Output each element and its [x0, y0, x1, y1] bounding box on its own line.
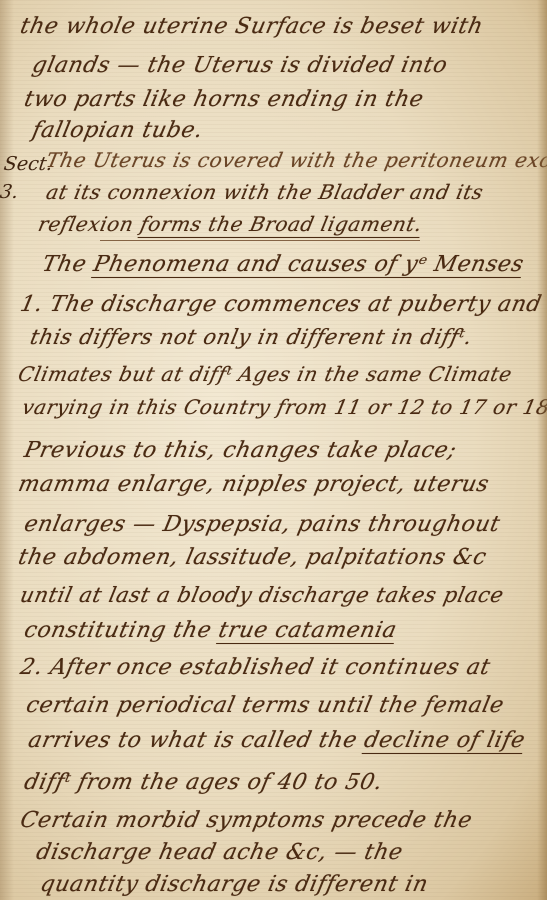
manuscript-line-20: certain periodical terms until the femal…: [24, 693, 506, 718]
line-21-text: arrives to what is called the: [26, 728, 367, 753]
manuscript-line-10: this differs not only in different in di…: [28, 325, 475, 349]
manuscript-line-14: mamma enlarge, nipples project, uterus: [16, 472, 491, 497]
line-7-underlined: forms the Broad ligament.: [138, 212, 425, 236]
manuscript-line-18: constituting the true catamenia: [22, 618, 399, 643]
line-7-text: reflexion: [36, 212, 143, 236]
manuscript-line-24: discharge head ache &c, — the: [34, 840, 405, 865]
manuscript-line-3: two parts like horns ending in the: [22, 87, 426, 112]
manuscript-line-16: the abdomen, lassitude, palpitations &c: [16, 545, 489, 570]
manuscript-line-25: quantity discharge is different in: [38, 872, 431, 897]
manuscript-line-22: diffᵗ from the ages of 40 to 50.: [22, 770, 385, 795]
line-21-underlined: decline of life: [362, 728, 528, 753]
manuscript-page: Sect. 3. the whole uterine Surface is be…: [0, 0, 547, 900]
manuscript-line-7: reflexion forms the Broad ligament.: [36, 212, 425, 236]
underline-rule: [100, 240, 420, 241]
manuscript-line-2: glands — the Uterus is divided into: [30, 53, 450, 78]
manuscript-line-12: varying in this Country from 11 or 12 to…: [20, 395, 547, 419]
heading-underlined: Phenomena and causes of yᵉ Menses: [91, 252, 526, 277]
manuscript-line-23: Certain morbid symptoms precede the: [18, 808, 475, 833]
manuscript-line-13: Previous to this, changes take place;: [22, 438, 459, 463]
line-18-text: constituting the: [22, 618, 222, 643]
manuscript-line-21: arrives to what is called the decline of…: [26, 728, 528, 753]
margin-note-number: 3.: [0, 178, 51, 206]
manuscript-line-11: Climates but at diffᵗ Ages in the same C…: [16, 362, 515, 386]
manuscript-line-6: at its connexion with the Bladder and it…: [44, 180, 486, 204]
manuscript-line-17: until at last a bloody discharge takes p…: [18, 583, 506, 607]
manuscript-line-5: The Uterus is covered with the peritoneu…: [44, 148, 547, 172]
manuscript-line-4: fallopian tube.: [30, 118, 205, 143]
manuscript-line-15: enlarges — Dyspepsia, pains throughout: [22, 512, 502, 537]
manuscript-line-19: 2. After once established it continues a…: [18, 655, 493, 680]
manuscript-line-1: the whole uterine Surface is beset with: [18, 14, 486, 39]
heading-text: The: [40, 252, 97, 277]
manuscript-line-9: 1. The discharge commences at puberty an…: [18, 292, 544, 317]
section-heading: The Phenomena and causes of yᵉ Menses: [40, 252, 526, 277]
line-18-underlined: true catamenia: [216, 618, 399, 643]
